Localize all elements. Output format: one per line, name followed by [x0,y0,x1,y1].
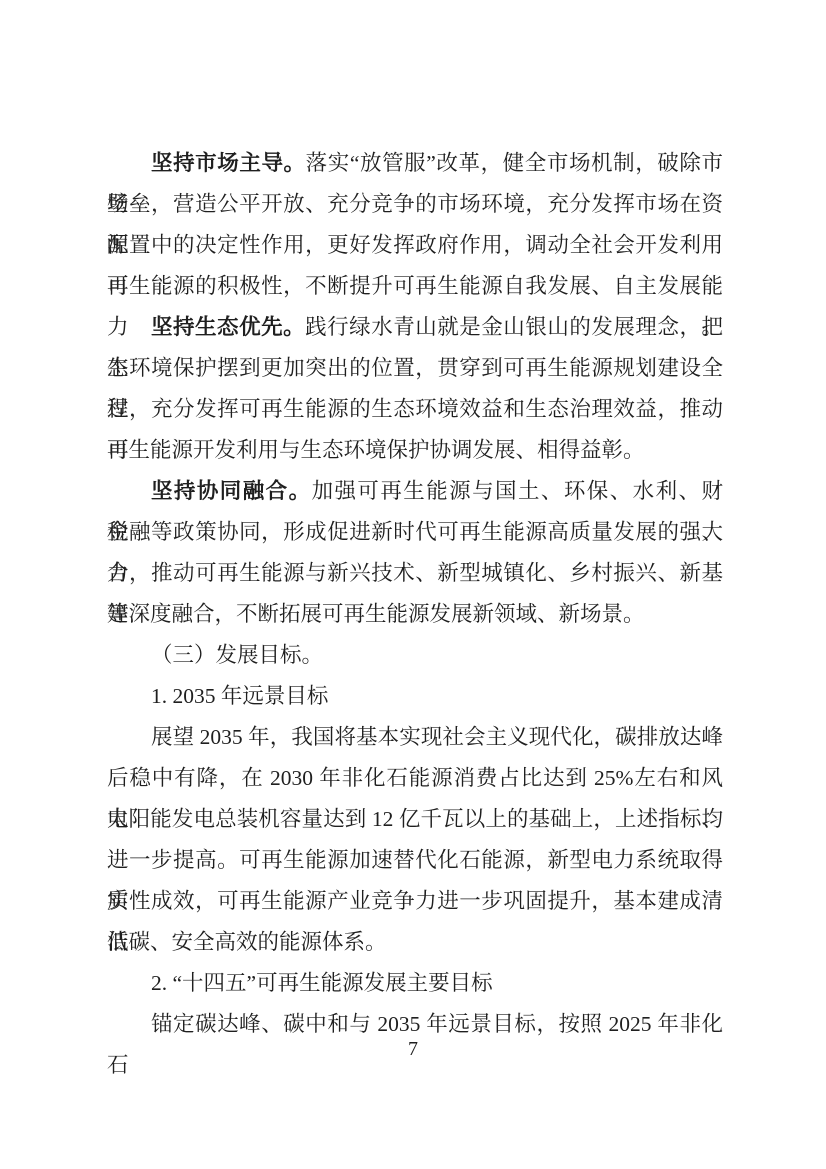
section-heading: （三）发展目标。 [107,635,723,676]
paragraph-line: 配置中的决定性作用，更好发挥政府作用，调动全社会开发利用可 [107,225,723,266]
paragraph-line: 太阳能发电总装机容量达到 12 亿千瓦以上的基础上，上述指标均 [107,799,723,840]
subsection-heading-145: 2. “十四五”可再生能源发展主要目标 [107,963,723,1004]
paragraph-line: 低碳、安全高效的能源体系。 [107,922,723,963]
body-text: 坚持市场主导。落实“放管服”改革，健全市场机制，破除市场 壁垒，营造公平开放、充… [107,143,723,1045]
paragraph-lead: 坚持市场主导。 [151,151,306,175]
paragraph-line: 进一步提高。可再生能源加速替代化石能源，新型电力系统取得实 [107,840,723,881]
paragraph-line: 态环境保护摆到更加突出的位置，贯穿到可再生能源规划建设全过 [107,348,723,389]
paragraph-line: 坚持生态优先。践行绿水青山就是金山银山的发展理念，把生 [107,307,723,348]
paragraph-lead: 坚持生态优先。 [151,315,305,339]
paragraph-line: 再生能源的积极性，不断提升可再生能源自我发展、自主发展能力。 [107,266,723,307]
paragraph-line: 金融等政策协同，形成促进新时代可再生能源高质量发展的强大合 [107,512,723,553]
subsection-heading-2035: 1. 2035 年远景目标 [107,676,723,717]
paragraph-line: 展望 2035 年，我国将基本实现社会主义现代化，碳排放达峰 [107,717,723,758]
paragraph-line: 程，充分发挥可再生能源的生态环境效益和生态治理效益，推动可 [107,389,723,430]
paragraph-line: 再生能源开发利用与生态环境保护协调发展、相得益彰。 [107,430,723,471]
paragraph-line: 后稳中有降，在 2030 年非化石能源消费占比达到 25%左右和风电、 [107,758,723,799]
page-number: 7 [0,1036,826,1062]
paragraph-line: 壁垒，营造公平开放、充分竞争的市场环境，充分发挥市场在资源 [107,184,723,225]
document-page: 坚持市场主导。落实“放管服”改革，健全市场机制，破除市场 壁垒，营造公平开放、充… [0,0,826,1169]
paragraph-line: 力，推动可再生能源与新兴技术、新型城镇化、乡村振兴、新基建 [107,553,723,594]
paragraph-line: 等深度融合，不断拓展可再生能源发展新领域、新场景。 [107,594,723,635]
paragraph-lead: 坚持协同融合。 [151,479,312,503]
paragraph-line: 坚持协同融合。加强可再生能源与国土、环保、水利、财税、 [107,471,723,512]
paragraph-line: 质性成效，可再生能源产业竞争力进一步巩固提升，基本建成清洁 [107,881,723,922]
paragraph-line: 坚持市场主导。落实“放管服”改革，健全市场机制，破除市场 [107,143,723,184]
